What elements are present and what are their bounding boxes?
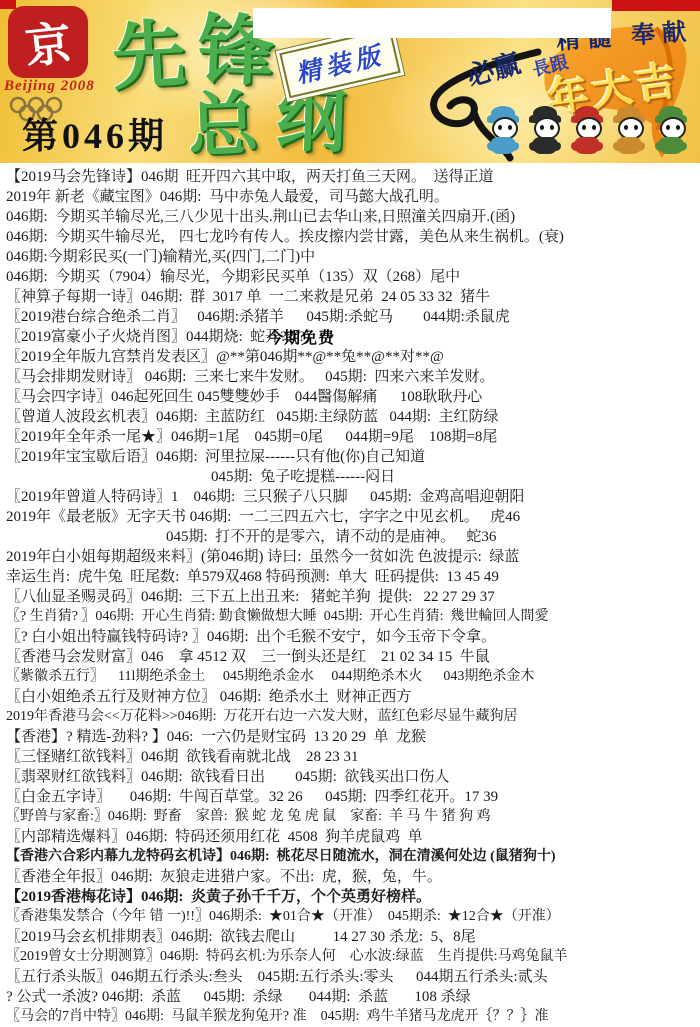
tip-line: 045期: 打不开的是零六，请不动的是庙神。 蛇36	[6, 527, 700, 547]
redaction-strip	[612, 0, 700, 11]
tip-line: 046期: 今期买羊输尽光,三八少见十出头.荆山已去华山来,日照潼关四扇开.(函…	[6, 207, 700, 227]
tip-line: 〖曾道人波段玄机表〗046期: 主蓝防红 045期:主绿防蓝 044期: 主红防…	[6, 407, 700, 427]
tip-line: 045期: 兔子吃提糕------闷日	[6, 467, 700, 487]
dancing-figure-glyph: 京	[22, 7, 75, 77]
tip-line: 2019年白小姐每期超级来料〗(第046期) 诗曰: 虽然今一贫如洗 色波提示:…	[6, 547, 700, 567]
tip-line: 046期: 今期买（7904）输尽光，今期彩民买单（135）双（268）尾中	[6, 267, 700, 287]
beijing-2008-caption: Beijing 2008	[4, 78, 114, 95]
tip-line: 【2019香港梅花诗】046期: 炎黄子孙千千万，个个英勇好榜样。	[6, 887, 700, 907]
tip-line: 〖2019港台综合绝杀二肖〗 046期:杀猪羊 045期:杀蛇马 044期:杀鼠…	[6, 307, 700, 327]
issue-number: 第046期	[22, 108, 168, 159]
tip-line: 2019年香港马会<<万花料>>046期: 万花开右边一六发大财，蓝红色彩尽显牛…	[6, 707, 700, 727]
title-char-zong: 总	[187, 91, 259, 163]
censored-area	[253, 8, 611, 38]
tip-line: 〖三怪赌红欲钱料〗046期 欲钱看南就北战 28 23 31	[6, 747, 700, 767]
tip-line: 046期: 今期买牛输尽光， 四七龙吟有传人。挨皮擦内尝甘露，美色从来生祸机。(…	[6, 227, 700, 247]
fuwa-mascots-row	[485, 106, 690, 156]
lottery-tip-sheet: 年大吉 京 Beijing 2008 先 锋 总 纲 第046期 精装版 必赢 …	[0, 0, 700, 1027]
title-char-gang: 纲	[275, 87, 347, 159]
tip-line: 【2019马会先锋诗】046期 旺开四六其中取，两天打鱼三天网。 送得正道	[6, 167, 700, 187]
fuwa-mascot-icon	[653, 106, 690, 156]
tip-line: 【香港】? 精选-劲料? 】046: 一六仍是财宝码 13 20 29 单 龙猴	[6, 727, 700, 747]
fuwa-mascot-icon	[527, 106, 564, 156]
tip-line: 〖五行杀头版〗046期五行杀头:叁头 045期:五行杀头:零头 044期五行杀头…	[6, 967, 700, 987]
tip-line: 〖? 生肖猜? 〗046期: 开心生肖猜: 勤食懒做想大睡 045期: 开心生肖…	[6, 607, 700, 627]
tip-line: 〖2019曾女士分期测算〗046期: 特码玄机:为乐奈人何 心水波:绿蓝 生肖提…	[6, 947, 700, 967]
tip-line: 〖马会排期发财诗〗 046期: 三来七来牛发财。 045期: 四来六来羊发财。	[6, 367, 700, 387]
header-banner: 年大吉 京 Beijing 2008 先 锋 总 纲 第046期 精装版 必赢 …	[0, 0, 700, 163]
tip-lines: 【2019马会先锋诗】046期 旺开四六其中取，两天打鱼三天网。 送得正道201…	[6, 167, 700, 1027]
free-this-issue-stamp: 今期免费	[267, 325, 335, 348]
tip-line: 〖2019全年版九宫禁肖发表区〗@**第046期**@**兔**@**对**@	[6, 347, 700, 367]
tip-line: 〖香港集发禁合（今年 错 一)!!〗046期杀: ★01合★（开准） 045期杀…	[6, 907, 700, 927]
tip-line: 〖2019年全年杀一尾★〗046期=1尾 045期=0尾 044期=9尾 108…	[6, 427, 700, 447]
fuwa-mascot-icon	[611, 106, 648, 156]
tip-line: 〖马会的7肖中特〗046期: 马鼠羊猴龙狗兔开? 准 045期: 鸡牛羊猪马龙虎…	[6, 1007, 700, 1027]
tip-line: 〖紫徽杀五行〗 11l期绝杀金土 045期绝杀金水 044期绝杀木火 043期绝…	[6, 667, 700, 687]
tip-line: 〖马会四字诗〗046起死回生 045雙雙妙手 044醫傷解痛 108耿耿丹心	[6, 387, 700, 407]
tip-line: 〖八仙显圣赐灵码〗046期: 三下五上出丑来: 猪蛇羊狗 提供: 22 27 2…	[6, 587, 700, 607]
beijing-2008-emblem: 京	[8, 6, 88, 78]
tip-line: 〖香港马会发财富〗046 拿 4512 双 三一倒头还是红 21 02 34 1…	[6, 647, 700, 667]
tip-line: 2019年 新老《藏宝图》046期: 马中赤兔人最爱，司马懿大战孔明。	[6, 187, 700, 207]
tip-line: 〖2019马会玄机排期表〗046期: 欲钱去爬山 14 27 30 杀龙: 5、…	[6, 927, 700, 947]
tip-line: 〖? 白小姐出特赢钱特码诗? 〗046期: 出个毛猴不安宁，如今玉帝下令拿。	[6, 627, 700, 647]
fuwa-mascot-icon	[569, 106, 606, 156]
tip-line: 2019年《最老版》无字天书 046期: 一二三四五六七，字字之中见玄机。 虎4…	[6, 507, 700, 527]
title-char-xian: 先	[110, 18, 188, 96]
redaction-strip	[0, 0, 16, 9]
tip-line: ? 公式一杀波? 046期: 杀蓝 045期: 杀绿 044期: 杀蓝 108 …	[6, 987, 700, 1007]
tip-line: 046期:今期彩民买(一门)输精光,买(四门,二门)中	[6, 247, 700, 267]
tip-line: 〖白金五字诗〗 046期: 牛闯百草堂。32 26 045期: 四季红花开。17…	[6, 787, 700, 807]
tip-line: 〖翡翠财红欲钱料〗046期: 欲钱看日出 045期: 欲钱买出口伤人	[6, 767, 700, 787]
tip-line: 〖香港全年报〗046期: 灰狼走进猎户家。不出: 虎，猴，兔，牛。	[6, 867, 700, 887]
tip-line: 〖内部精选爆料〗046期: 特码还须用红花 4508 狗羊虎鼠鸡 单	[6, 827, 700, 847]
tip-line: 〖野兽与家畜:〗046期: 野畜 家兽: 猴 蛇 龙 兔 虎 鼠 家畜: 羊 马…	[6, 807, 700, 827]
tip-line: 〖2019富豪小子火烧肖图〗044期烧: 蛇开??(?)	[6, 327, 700, 347]
tip-line: 【香港六合彩内幕九龙特码玄机诗】046期: 桃花尽日随流水，洞在清溪何处边 (鼠…	[6, 847, 700, 867]
tip-line: 幸运生肖: 虎牛兔 旺尾数: 单579双468 特码预测: 单大 旺码提供: 1…	[6, 567, 700, 587]
tip-line: 〖白小姐绝杀五行及财神方位〗 046期: 绝杀水土 财神正西方	[6, 687, 700, 707]
tip-line: 〖神算子每期一诗〗046期: 群 3017 单 一二来救是兄弟 24 05 33…	[6, 287, 700, 307]
tip-line: 〖2019年曾道人特码诗〗1 046期: 三只猴子八只脚 045期: 金鸡高唱迎…	[6, 487, 700, 507]
tip-line: 〖2019年宝宝歇后语〗046期: 河里拉屎------只有他(你)自己知道	[6, 447, 700, 467]
fuwa-mascot-icon	[485, 106, 522, 156]
